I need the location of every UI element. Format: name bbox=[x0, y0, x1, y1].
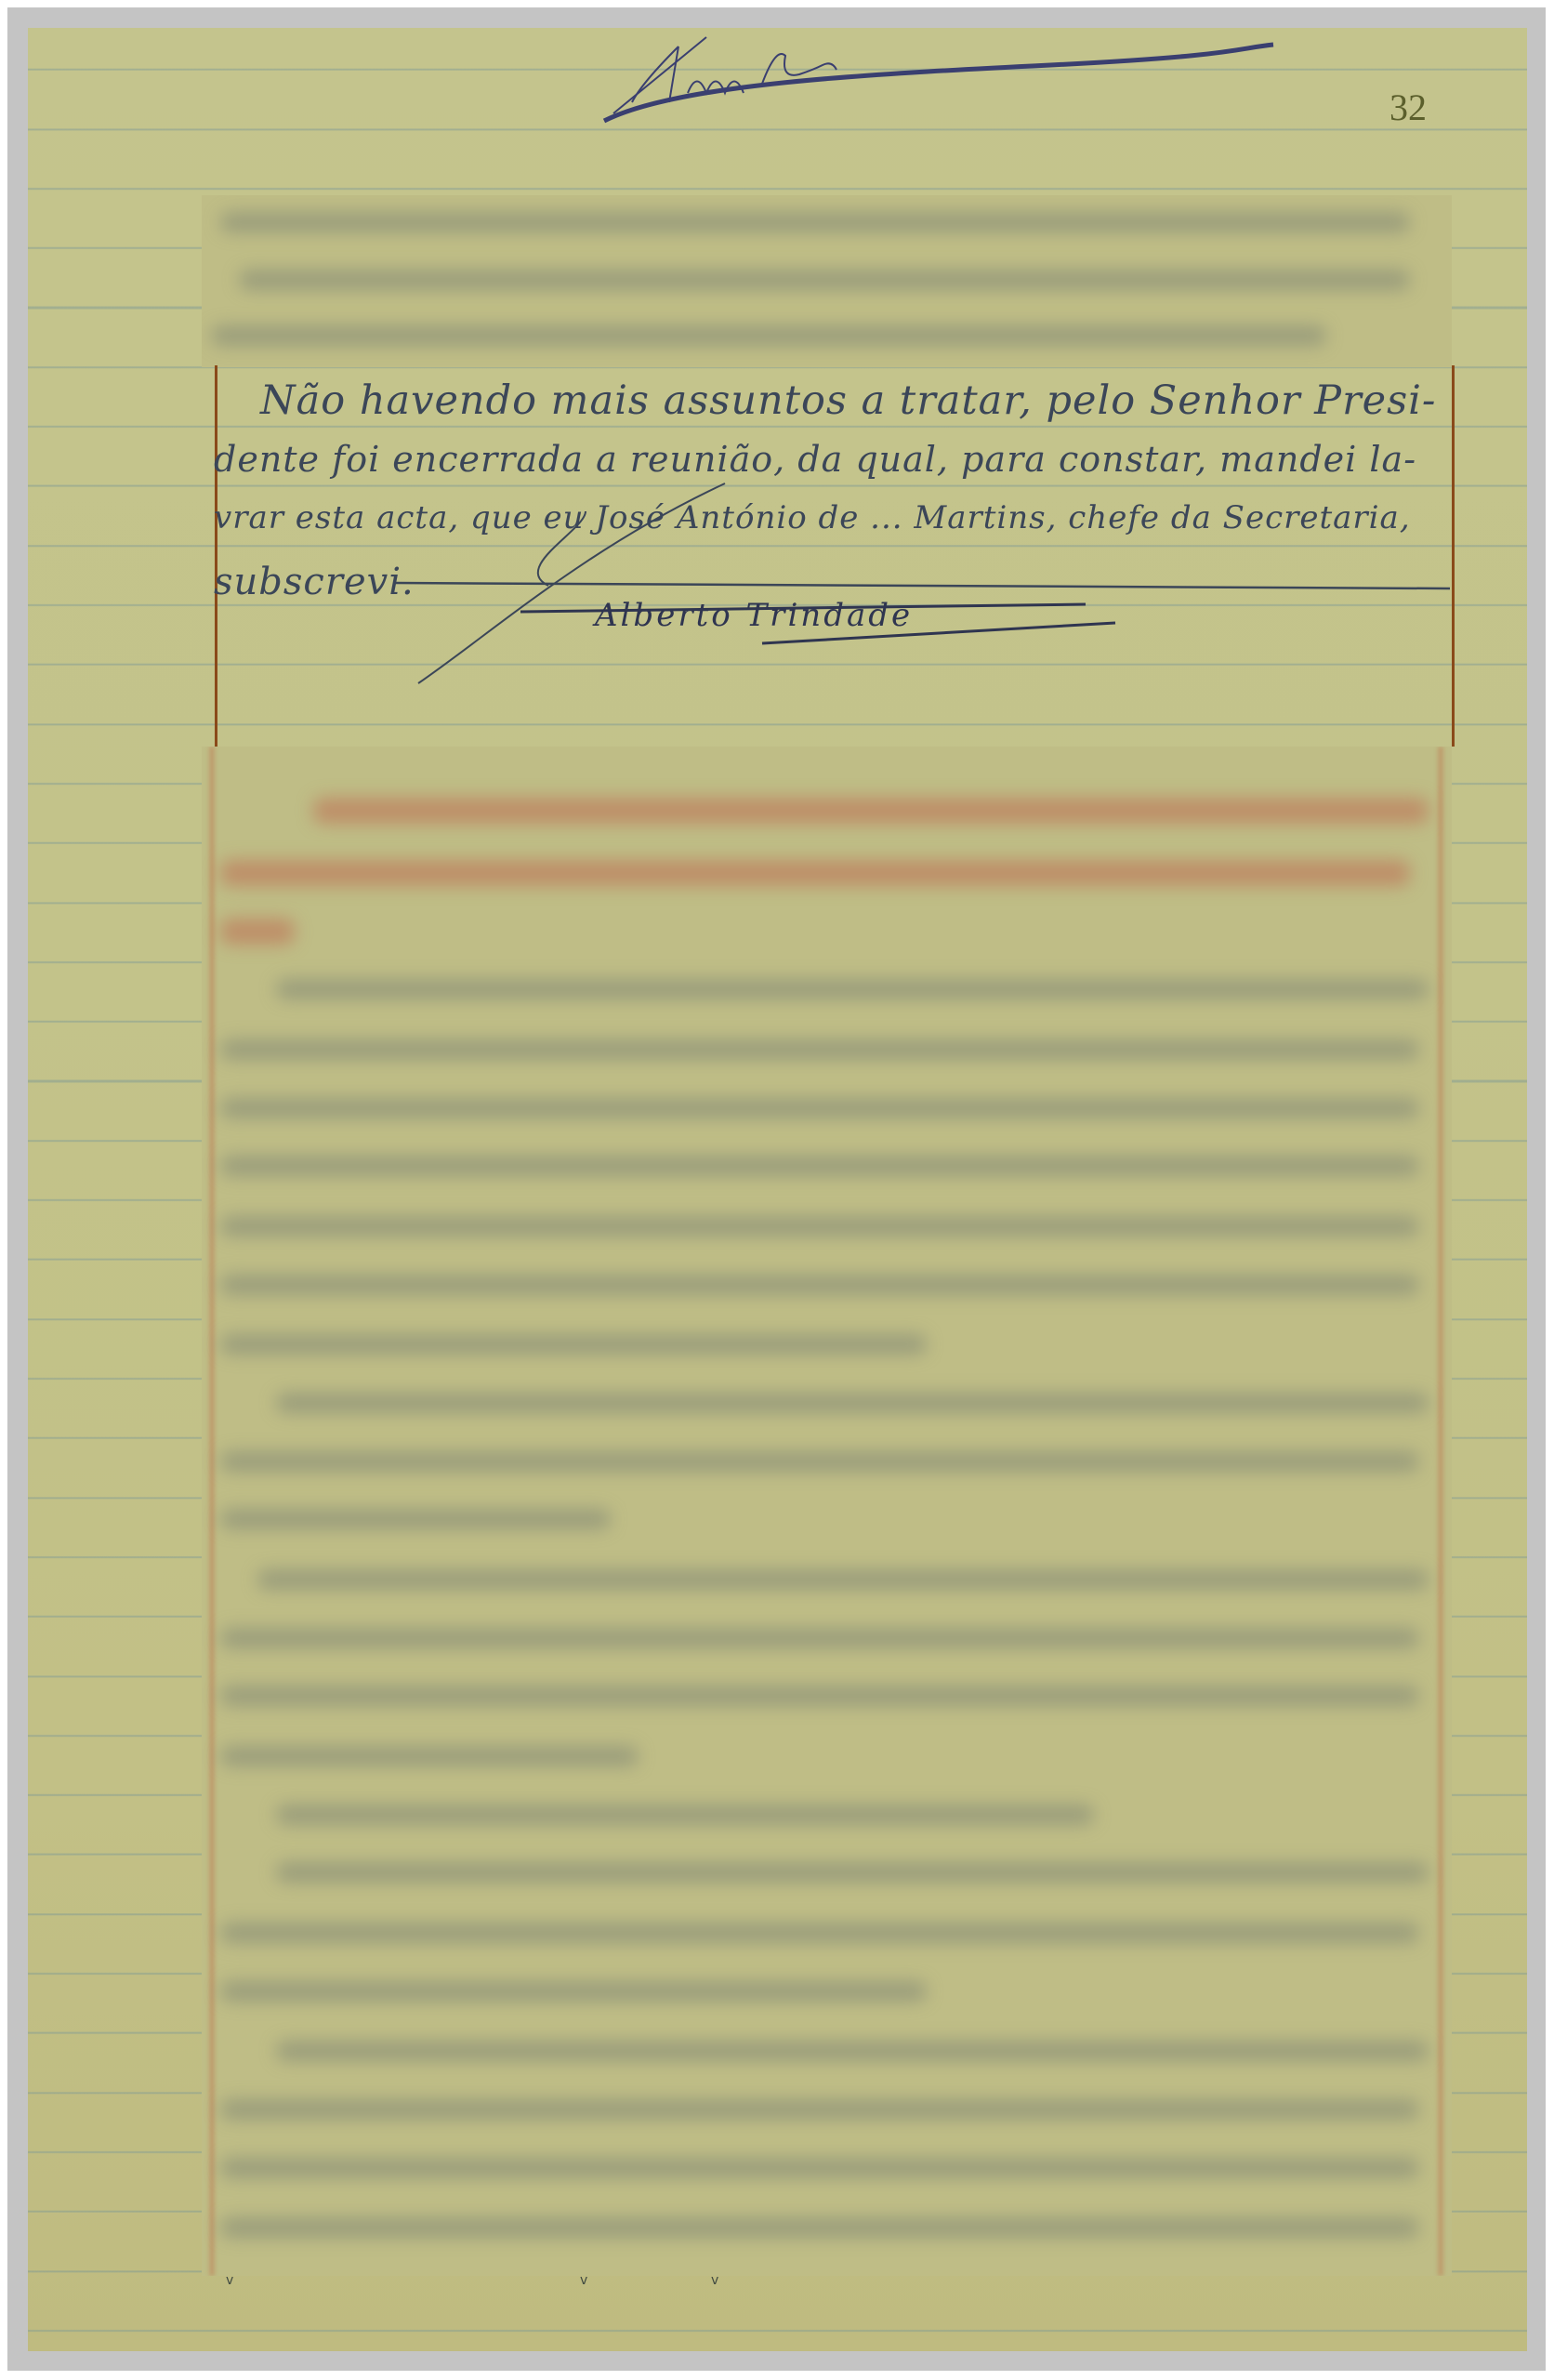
closing-signature: Alberto Trindade bbox=[595, 600, 913, 631]
ledger-page: 32 Não havendo mais assuntos a tratar, p… bbox=[28, 28, 1527, 2351]
bottom-mark-3: v bbox=[711, 2273, 718, 2288]
redacted-body-block bbox=[202, 747, 1452, 2276]
bottom-mark-1: v bbox=[226, 2273, 233, 2288]
bottom-mark-2: v bbox=[580, 2273, 587, 2288]
